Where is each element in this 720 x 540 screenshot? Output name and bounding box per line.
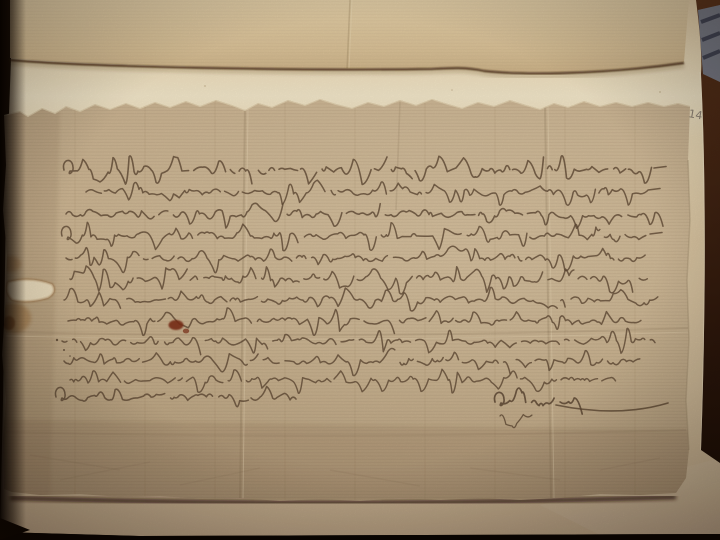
photo: 14 [0, 0, 720, 540]
photo-of-manuscript: 14 [0, 0, 720, 540]
photo-grain [0, 0, 720, 540]
